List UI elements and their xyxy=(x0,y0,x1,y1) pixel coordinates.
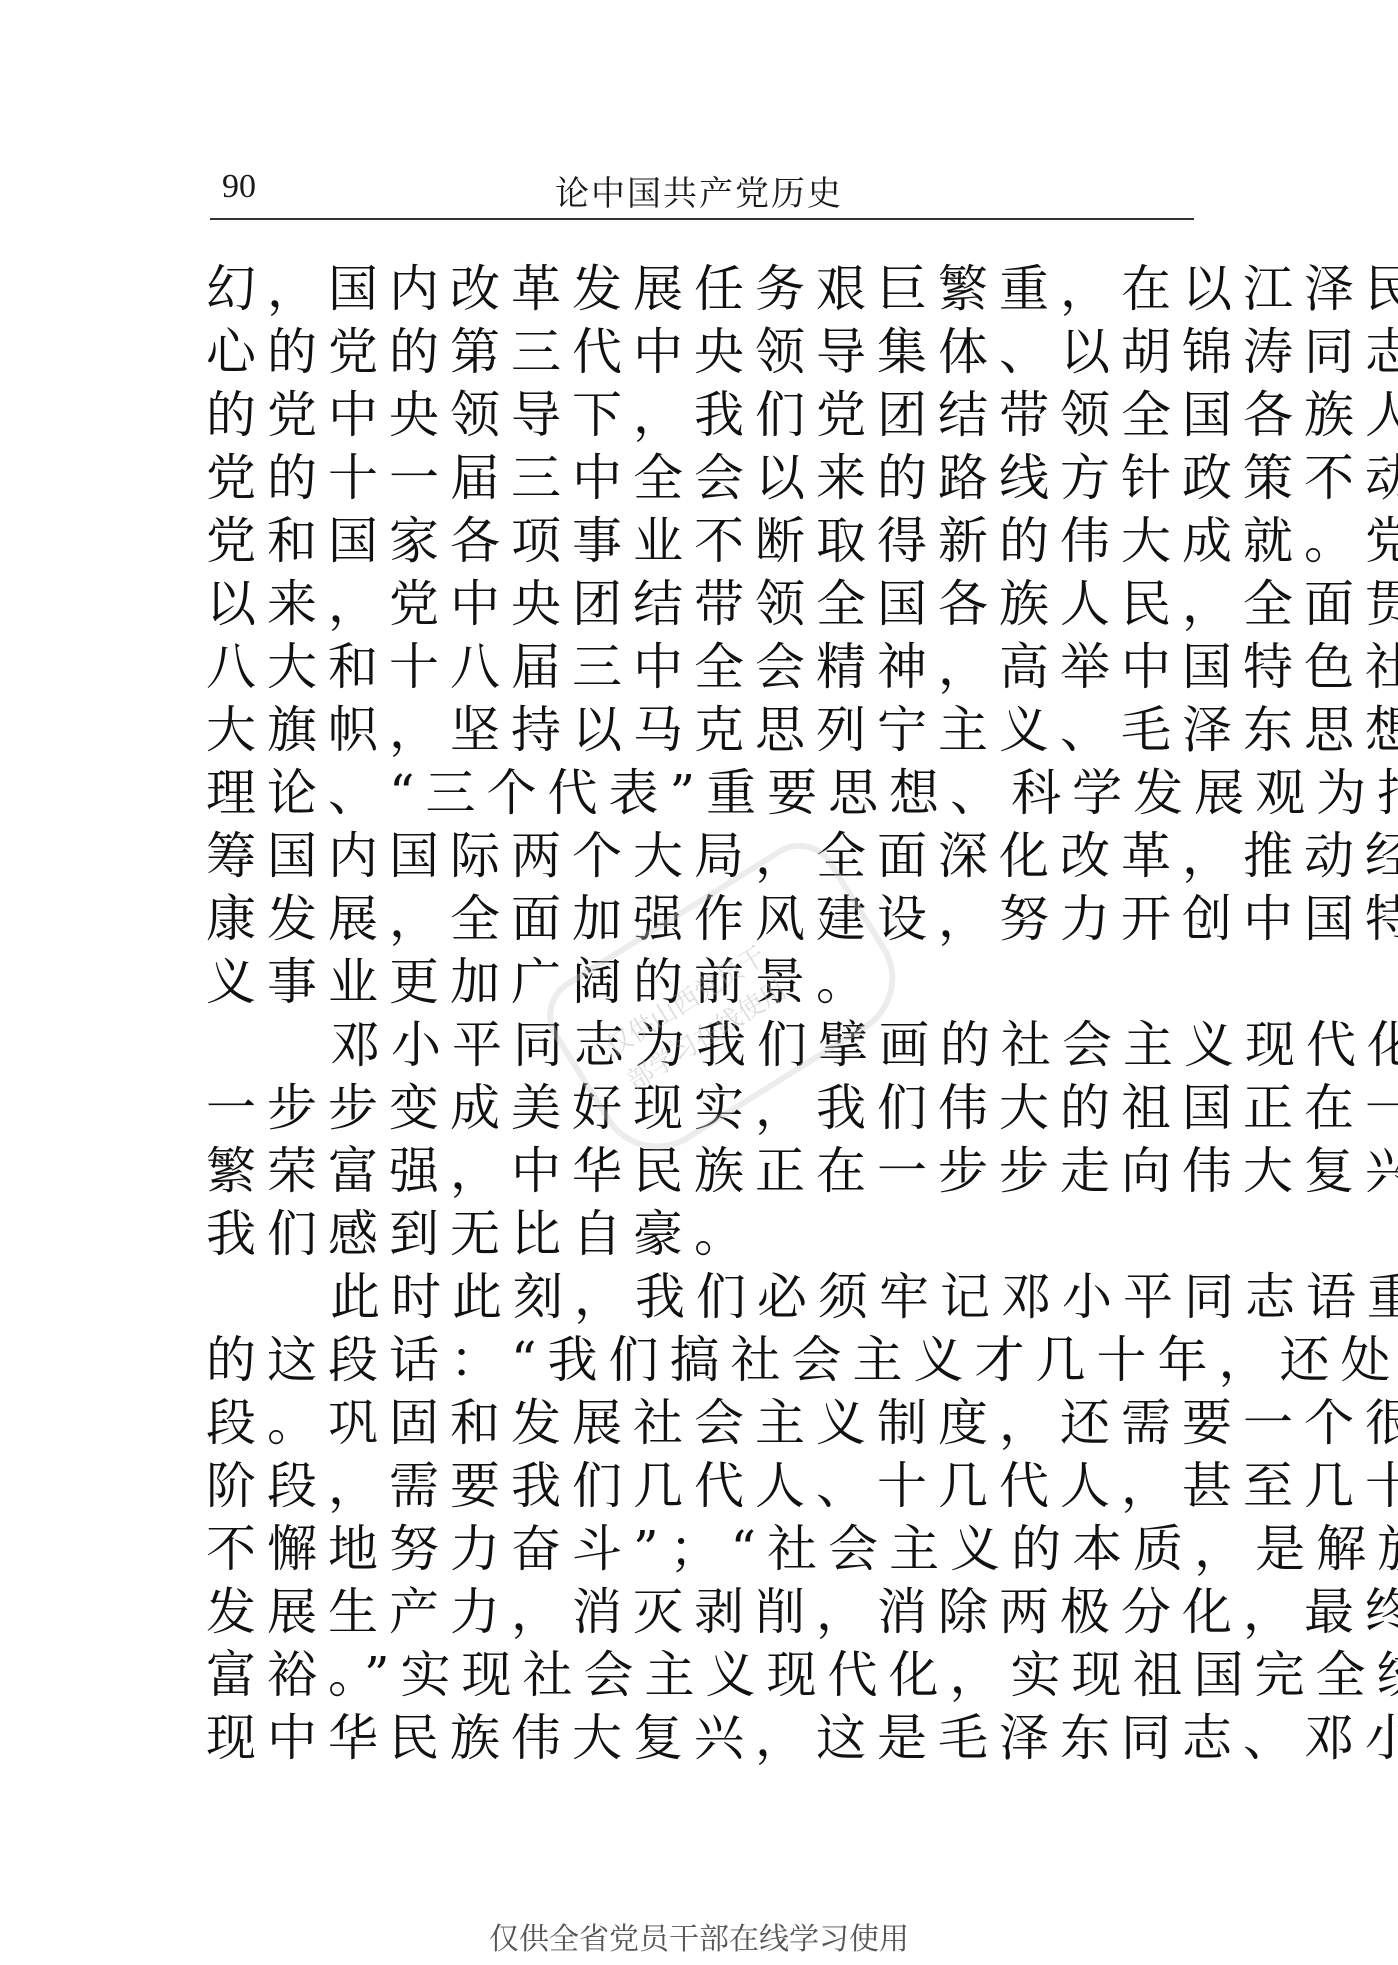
body-text: 幻，国内改革发展任务艰巨繁重，在以江泽民同志为核心的党的第三代中央领导集体、以胡… xyxy=(206,258,1198,1770)
text-line: 一步步变成美好现实，我们伟大的祖国正在一天天走向 xyxy=(206,1077,1198,1140)
text-line: 筹国内国际两个大局，全面深化改革，推动经济持续健 xyxy=(206,825,1198,888)
text-line: 义事业更加广阔的前景。 xyxy=(206,951,1198,1014)
text-line: 邓小平同志为我们擘画的社会主义现代化蓝图正在 xyxy=(206,1014,1198,1077)
text-line: 富裕。”实现社会主义现代化，实现祖国完全统一，实 xyxy=(206,1644,1198,1707)
text-line: 现中华民族伟大复兴，这是毛泽东同志、邓小平同志等 xyxy=(206,1707,1198,1770)
text-line: 党的十一届三中全会以来的路线方针政策不动摇，推动 xyxy=(206,447,1198,510)
text-line: 康发展，全面加强作风建设，努力开创中国特色社会主 xyxy=(206,888,1198,951)
text-line: 我们感到无比自豪。 xyxy=(206,1203,1198,1266)
text-line: 党和国家各项事业不断取得新的伟大成就。党的十八大 xyxy=(206,510,1198,573)
text-line: 发展生产力，消灭剥削，消除两极分化，最终达到共同 xyxy=(206,1581,1198,1644)
text-line: 八大和十八届三中全会精神，高举中国特色社会主义伟 xyxy=(206,636,1198,699)
text-line: 繁荣富强，中华民族正在一步步走向伟大复兴。对此， xyxy=(206,1140,1198,1203)
text-line: 的党中央领导下，我们党团结带领全国各族人民，坚持 xyxy=(206,384,1198,447)
text-line: 的这段话：“我们搞社会主义才几十年，还处在初级阶 xyxy=(206,1329,1198,1392)
text-line: 幻，国内改革发展任务艰巨繁重，在以江泽民同志为核 xyxy=(206,258,1198,321)
text-line: 心的党的第三代中央领导集体、以胡锦涛同志为总书记 xyxy=(206,321,1198,384)
running-title: 论中国共产党历史 xyxy=(0,166,1398,215)
text-line: 以来，党中央团结带领全国各族人民，全面贯彻党的十 xyxy=(206,573,1198,636)
text-line: 大旗帜，坚持以马克思列宁主义、毛泽东思想、邓小平 xyxy=(206,699,1198,762)
text-line: 不懈地努力奋斗”；“社会主义的本质，是解放生产力， xyxy=(206,1518,1198,1581)
header-rule xyxy=(210,218,1194,220)
text-line: 此时此刻，我们必须牢记邓小平同志语重心长说过 xyxy=(206,1266,1198,1329)
text-line: 阶段，需要我们几代人、十几代人，甚至几十代人坚持 xyxy=(206,1455,1198,1518)
text-line: 理论、“三个代表”重要思想、科学发展观为指导，统 xyxy=(206,762,1198,825)
footer-watermark: 仅供全省党员干部在线学习使用 xyxy=(0,1914,1398,1958)
text-line: 段。巩固和发展社会主义制度，还需要一个很长的历史 xyxy=(206,1392,1198,1455)
